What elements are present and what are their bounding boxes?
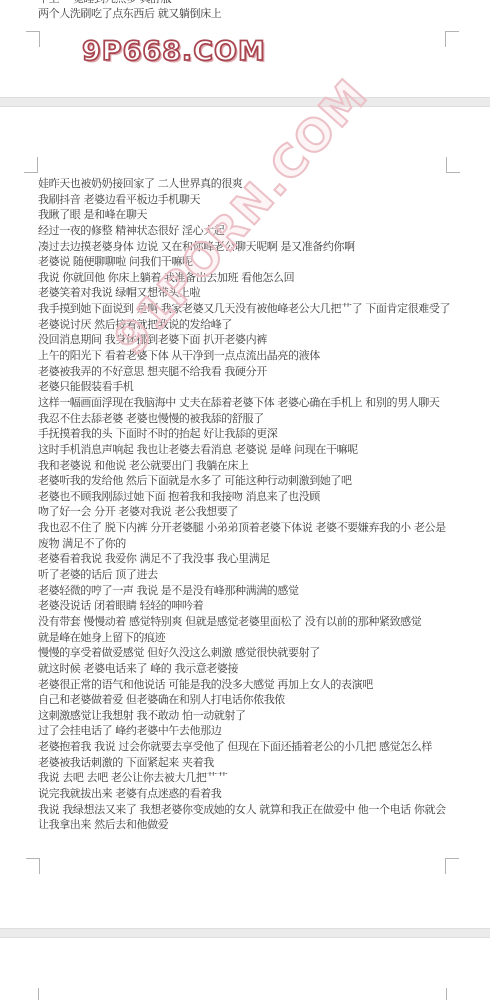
page-separator [0,97,490,107]
text-line: 没有带套 慢慢动着 感觉特别爽 但就是感觉老婆里面松了 没有以前的那种紧致感觉 [38,614,450,630]
text-line: 老婆只能假装看手机 [38,379,450,395]
text-line: 听了老婆的话后 顶了进去 [38,567,450,583]
text-line: 老婆被我话刺激的 下面紧起来 夹着我 [38,755,450,771]
text-line: 凑过去边摸老婆身体 边说 又在和你峰老公聊天呢啊 是又准备约你啊 [38,239,450,255]
text-line: 我和老婆说 和他说 老公就要出门 我躺在床上 [38,458,450,474]
text-line: 我也忍不住了 脱下内裤 分开老婆腿 小弟弟顶着老婆下体说 老婆不要嫌弃我的小 老… [38,520,450,536]
text-line: 吻了好一会 分开 老婆对我说 老公我想要了 [38,504,450,520]
text-boundary-mark [26,858,40,874]
text-line: 老婆没说话 闭着眼睛 轻轻的呻吟着 [38,598,450,614]
text-line: 老婆听我的发给他 然后下面就是水多了 可能这种行动刺激到她了吧 [38,473,450,489]
text-line: 老婆看着我说 我爱你 满足不了我没事 我心里满足 [38,551,450,567]
text-boundary-mark [446,988,447,1000]
text-line: 就这时候 老婆电话来了 峰的 我示意老婆接 [38,661,450,677]
text-boundary-mark [446,157,460,173]
page1-text: 早上 一觉睡到九点多 真舒服两个人洗刷吃了点东西后 就又躺倒床上 [38,0,221,22]
text-line: 说完我就拔出来 老婆有点迷惑的看着我 [38,786,450,802]
text-line: 两个人洗刷吃了点东西后 就又躺倒床上 [38,6,221,22]
text-boundary-mark [445,31,459,47]
text-line: 我说 去吧 去吧 老公让你去被大几把艹艹 [38,770,450,786]
document-scroll-area[interactable]: 早上 一觉睡到九点多 真舒服两个人洗刷吃了点东西后 就又躺倒床上 娃昨天也被奶奶… [0,0,490,1000]
text-line: 手抚摸着我的头 下面时不时的抬起 好让我舔的更深 [38,426,450,442]
text-line: 让我拿出来 然后去和他做爱 [38,817,450,833]
text-line: 我手摸到她下面说到 是啊 我家老婆又几天没有被他峰老公大几把艹了 下面肯定很难受… [38,301,450,317]
text-boundary-mark [38,988,39,1000]
text-line: 自己和老婆做着爱 但老婆确在和别人打电话你侬我侬 [38,692,450,708]
text-line: 老婆说讨厌 然后接着就把我说的发给峰了 [38,317,450,333]
text-line: 我忍不住去舔老婆 老婆也慢慢的被我舔的舒服了 [38,411,450,427]
text-line: 这时手机消息声响起 我也让老婆去看消息 老婆说 是峰 问现在干嘛呢 [38,442,450,458]
text-line: 废物 满足不了你的 [38,536,450,552]
site-logo-watermark: 9P668.COM [82,36,252,70]
page2-text: 娃昨天也被奶奶接回家了 二人世界真的很爽我刷抖音 老婆边看平板边手机聊天我瞅了眼… [38,176,450,833]
text-line: 上午的阳光下 看着老婆下体 从干净到一点点流出晶亮的液体 [38,348,450,364]
text-line: 老婆被我弄的不好意思 想夹腿不给我看 我硬分开 [38,364,450,380]
text-line: 就是峰在她身上留下的痕迹 [38,630,450,646]
text-line: 老婆笑着对我说 绿帽又想带头上啦 [38,285,450,301]
text-line: 过了会挂电话了 峰约老婆中午去他那边 [38,723,450,739]
text-line: 这刺激感觉让我想射 我不敢动 怕一动就射了 [38,708,450,724]
text-line: 娃昨天也被奶奶接回家了 二人世界真的很爽 [38,176,450,192]
text-line: 我瞅了眼 是和峰在聊天 [38,207,450,223]
text-line: 老婆很正常的语气和他说话 可能是我的没多大感觉 再加上女人的表演吧 [38,677,450,693]
text-line: 老婆说 随便聊聊啦 问我们干嘛呢 [38,254,450,270]
text-line: 慢慢的享受着做爱感觉 但好久没这么刺激 感觉很快就要射了 [38,645,450,661]
text-line: 没回消息期间 我身体挪到老婆下面 扒开老婆内裤 [38,332,450,348]
text-line: 我说 我绿想法又来了 我想老婆你变成她的女人 就算和我正在做爱中 他一个电话 你… [38,802,450,818]
text-line: 经过一夜的修整 精神状态很好 淫心大起 [38,223,450,239]
text-line: 我说 你就回他 你床上躺着 我准备出去加班 看他怎么回 [38,270,450,286]
text-boundary-mark [26,31,40,47]
text-boundary-mark [24,157,38,173]
text-line: 我刷抖音 老婆边看平板边手机聊天 [38,192,450,208]
text-line: 老婆抱着我 我说 过会你就要去享受他了 但现在下面还插着老公的小几把 感觉怎么样 [38,739,450,755]
text-line: 老婆也不顾我刚舔过她下面 抱着我和我接吻 消息来了也没顾 [38,489,450,505]
text-boundary-mark [445,858,459,874]
text-line: 这样一幅画面浮现在我脑海中 丈夫在舔着老婆下体 老婆心确在手机上 和别的男人聊天 [38,395,450,411]
text-line: 老婆轻微的哼了一声 我说 是不是没有峰那种满满的感觉 [38,583,450,599]
page-separator [0,928,490,938]
